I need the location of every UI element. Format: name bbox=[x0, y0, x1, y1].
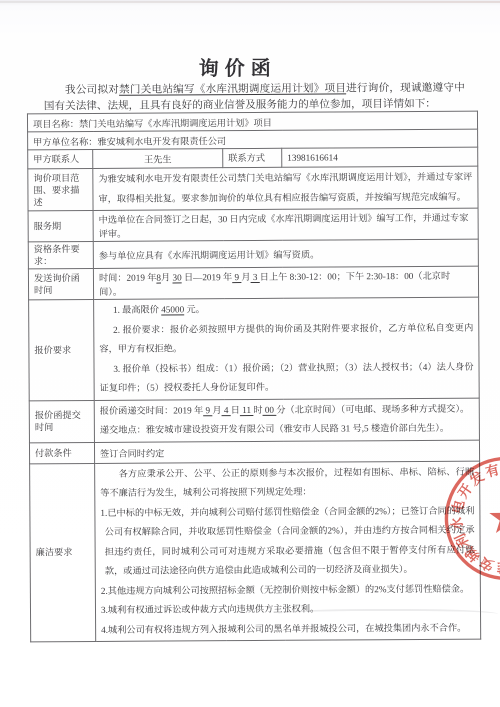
row-integrity: 廉洁要求 各方应秉承公开、公平、公正的原则参与本次报价，过程如有围标、串标、陪标… bbox=[30, 461, 481, 642]
integrity-value-cell: 各方应秉承公开、公平、公正的原则参与本次报价，过程如有围标、串标、陪标、行贿等不… bbox=[95, 461, 481, 642]
quote-item-1: 1. 最高限价 45000 元。 bbox=[99, 299, 473, 321]
scope-value-cell: 为雅安城利水电开发有限责任公司禁门关电站编写《水库汛期调度运用计划》，并通过专家… bbox=[93, 166, 478, 210]
quote-item-3: 3. 报价单（投标书）组成：（1）报价函；（2）营业执照；（3）法人授权书；（4… bbox=[99, 357, 473, 398]
scope-label-cell: 询价项目范围、要求描述 bbox=[28, 168, 93, 210]
submit-time-text: 分（北京时间）（可电邮、现场多种方式提交）。 bbox=[276, 403, 469, 414]
submit-time-value-cell: 报价函递交时间：2019 年 9 月 4 日 11 时 00 分（北京时间）（可… bbox=[94, 398, 479, 442]
contact-phone-cell: 13981616614 bbox=[282, 147, 478, 167]
submit-time-text: 报价函递交时间：2019 年 bbox=[100, 405, 203, 416]
inquiry-table: 项目名称：禁门关电站编写《水库汛期调度运用计划》项目 甲方单位名称：雅安城利水电… bbox=[27, 111, 481, 643]
row-payment: 付款条件 签订合同时约定 bbox=[29, 440, 479, 464]
contact-name-cell: 王先生 bbox=[93, 149, 223, 169]
integrity-item-4: 4.城利公司有权将违规方列入报城利公司的黑名单并报城投公司，在城投集团内永不合作… bbox=[101, 618, 475, 640]
submit-time-text: 月 bbox=[212, 405, 221, 415]
send-time-text: 时间：2019 年 bbox=[99, 273, 156, 283]
qualification-value-cell: 参与单位应具有《水库汛期调度运用计划》编写资质。 bbox=[93, 239, 478, 268]
intro-paragraph: 我公司拟对禁门关电站编写《水库汛期调度运用计划》项目进行询价，现诚邀遵守中国有关… bbox=[44, 81, 465, 116]
integrity-intro: 各方应秉承公开、公平、公正的原则参与本次报价，过程如有围标、串标、陪标、行贿等不… bbox=[100, 462, 474, 503]
contact-method-label-cell: 联系方式 bbox=[223, 148, 282, 167]
quote-item-1-text: 元。 bbox=[184, 304, 205, 314]
quote-max-price: 45000 bbox=[161, 304, 184, 314]
page-title: 询价函 bbox=[0, 51, 477, 83]
project-name-label: 项目名称： bbox=[33, 119, 79, 129]
project-name-value: 禁门关电站编写《水库汛期调度运用计划》项目 bbox=[79, 117, 272, 128]
party-a-label: 甲方单位名称： bbox=[33, 136, 97, 146]
payment-label-cell: 付款条件 bbox=[29, 442, 94, 463]
integrity-item-2: 2.其他违规方向城利公司按照招标金额（无控制价则按中标金额）的2%支付惩罚性赔偿… bbox=[101, 579, 475, 601]
send-time-text: 月 bbox=[241, 272, 250, 282]
submit-day: 4 bbox=[221, 405, 230, 415]
submit-time-text: 日 bbox=[231, 405, 240, 415]
qualification-label-cell: 资格条件要求： bbox=[28, 241, 93, 268]
seal-star-icon bbox=[489, 500, 500, 533]
row-quote-requirements: 报价要求 1. 最高限价 45000 元。 2. 报价要求：报价必须按照甲方提供… bbox=[29, 297, 480, 400]
integrity-label-cell: 廉洁要求 bbox=[30, 463, 96, 642]
party-a-value: 雅安城利水电开发有限责任公司 bbox=[97, 136, 226, 147]
submit-minute: 00 bbox=[262, 404, 276, 414]
integrity-item-1: 1.已中标的中标无效，并向城利公司赔付惩罚性赔偿金（合同金额的2%）；已签订合同… bbox=[100, 501, 474, 581]
send-time-day-from: 30 bbox=[172, 272, 181, 282]
submit-time-line1: 报价函递交时间：2019 年 9 月 4 日 11 时 00 分（北京时间）（可… bbox=[100, 399, 474, 421]
send-time-text: 日—2019 年 bbox=[182, 272, 233, 282]
payment-value-cell: 签订合同时约定 bbox=[94, 440, 479, 463]
send-time-value-cell: 时间：2019 年8月 30 日—2019 年 9 月 3 日上午 8:30-1… bbox=[93, 266, 478, 299]
send-time-day-to: 3 bbox=[251, 272, 260, 282]
service-period-label-cell: 服务期 bbox=[28, 210, 93, 241]
quote-item-2: 2. 报价要求：报价必须按照甲方提供的询价函及其附件要求报价，乙方单位私自变更内… bbox=[99, 318, 473, 359]
submit-month: 9 bbox=[203, 405, 212, 415]
submit-time-text: 时 bbox=[253, 404, 262, 414]
contact-label-cell: 甲方联系人 bbox=[28, 149, 93, 168]
quote-item-1-text: 1. 最高限价 bbox=[113, 305, 161, 315]
integrity-item-3: 3.城利有权通过诉讼或仲裁方式向违规供方主张权利。 bbox=[101, 599, 475, 621]
quote-req-label-cell: 报价要求 bbox=[29, 299, 95, 400]
row-scope: 询价项目范围、要求描述 为雅安城利水电开发有限责任公司禁门关电站编写《水库汛期调… bbox=[28, 166, 478, 211]
submit-time-line2: 递交地点：雅安城市建设投资开发有限公司（雅安市人民路 31 号,5 楼造价部白先… bbox=[100, 419, 474, 441]
intro-pre: 我公司拟对 bbox=[65, 85, 119, 96]
row-send-time: 发送询价函时间 时间：2019 年8月 30 日—2019 年 9 月 3 日上… bbox=[28, 266, 478, 300]
row-submit-time: 报价函提交时间 报价函递交时间：2019 年 9 月 4 日 11 时 00 分… bbox=[29, 398, 479, 443]
service-period-value-cell: 中选单位在合同签订之日起，30 日内完成《水库汛期调度运用计划》编写工作，并通过… bbox=[93, 208, 478, 241]
document-page: 询价函 我公司拟对禁门关电站编写《水库汛期调度运用计划》项目进行询价，现诚邀遵守… bbox=[0, 0, 500, 707]
intro-underlined-project: 禁门关电站编写《水库汛期调度运用计划》项目 bbox=[119, 83, 346, 95]
send-time-label-cell: 发送询价函时间 bbox=[28, 268, 93, 299]
row-qualification: 资格条件要求： 参与单位应具有《水库汛期调度运用计划》编写资质。 bbox=[28, 239, 478, 269]
quote-req-value-cell: 1. 最高限价 45000 元。 2. 报价要求：报价必须按照甲方提供的询价函及… bbox=[94, 297, 480, 400]
document-content: 询价函 我公司拟对禁门关电站编写《水库汛期调度运用计划》项目进行询价，现诚邀遵守… bbox=[0, 0, 500, 707]
row-service-period: 服务期 中选单位在合同签订之日起，30 日内完成《水库汛期调度运用计划》编写工作… bbox=[28, 208, 478, 242]
send-time-text: 月 bbox=[161, 272, 173, 282]
submit-time-label-cell: 报价函提交时间 bbox=[29, 400, 94, 442]
submit-hour: 11 bbox=[240, 404, 254, 414]
